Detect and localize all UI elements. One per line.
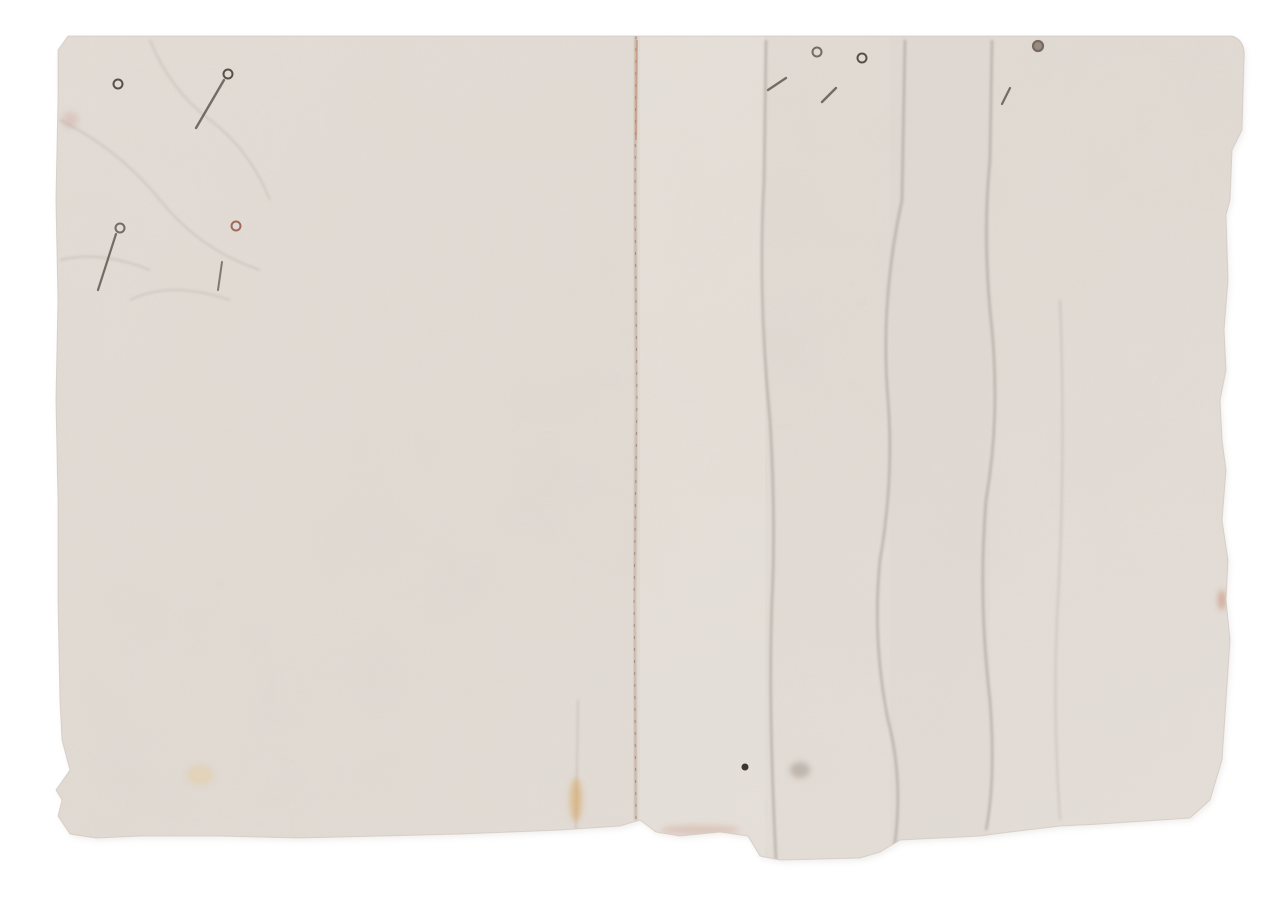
aged-paper-sheet <box>0 0 1280 918</box>
dark-spot <box>742 764 749 771</box>
photo-scene <box>0 0 1280 918</box>
